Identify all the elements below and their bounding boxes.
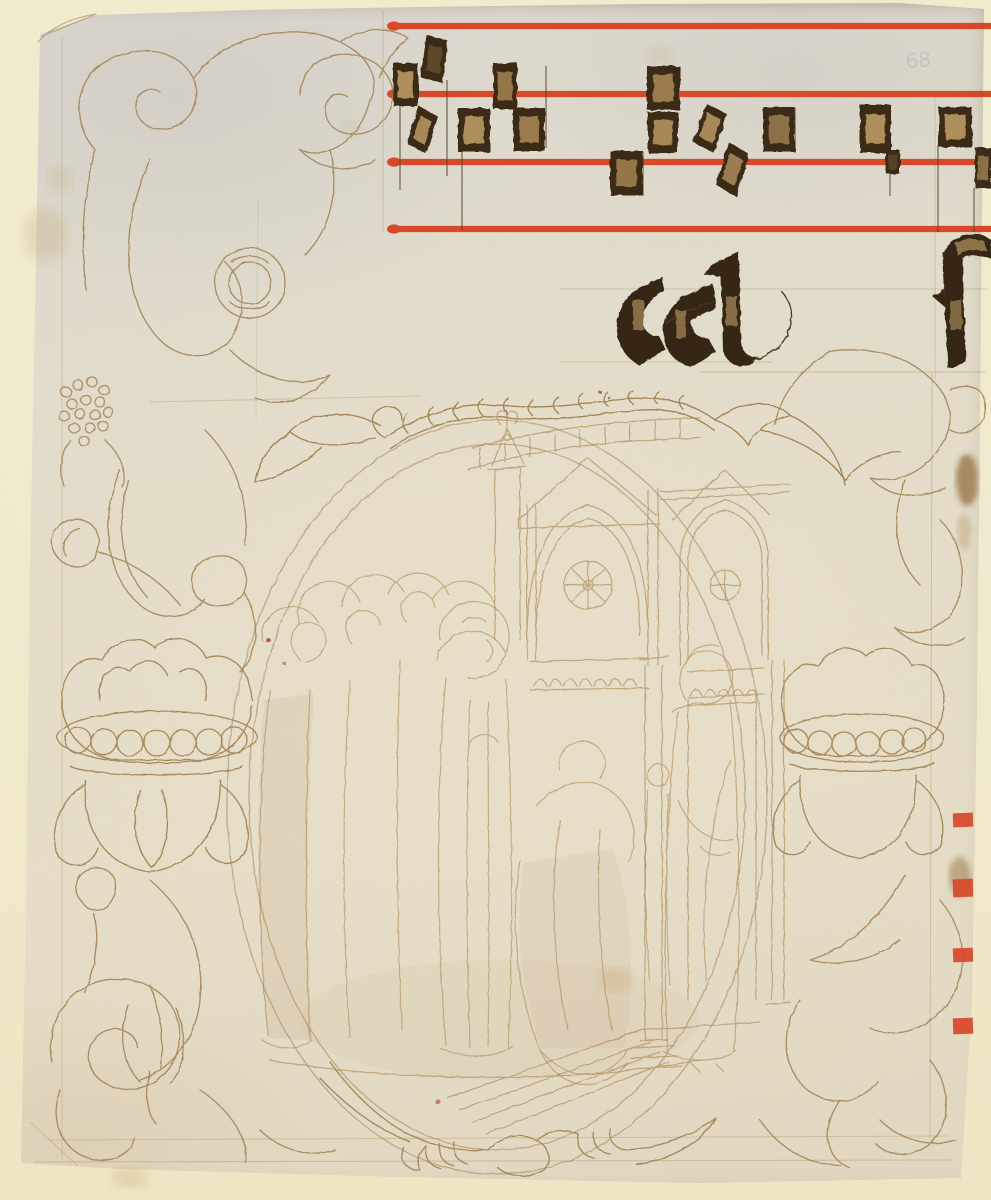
- pencil-inscription: 68: [905, 47, 932, 73]
- kneeler-wash: [519, 850, 631, 1048]
- drawing-layer: 68: [0, 0, 991, 1200]
- ground-wash: [300, 960, 700, 1080]
- robe-wash: [258, 694, 314, 1040]
- artwork-photo: 68: [0, 0, 991, 1200]
